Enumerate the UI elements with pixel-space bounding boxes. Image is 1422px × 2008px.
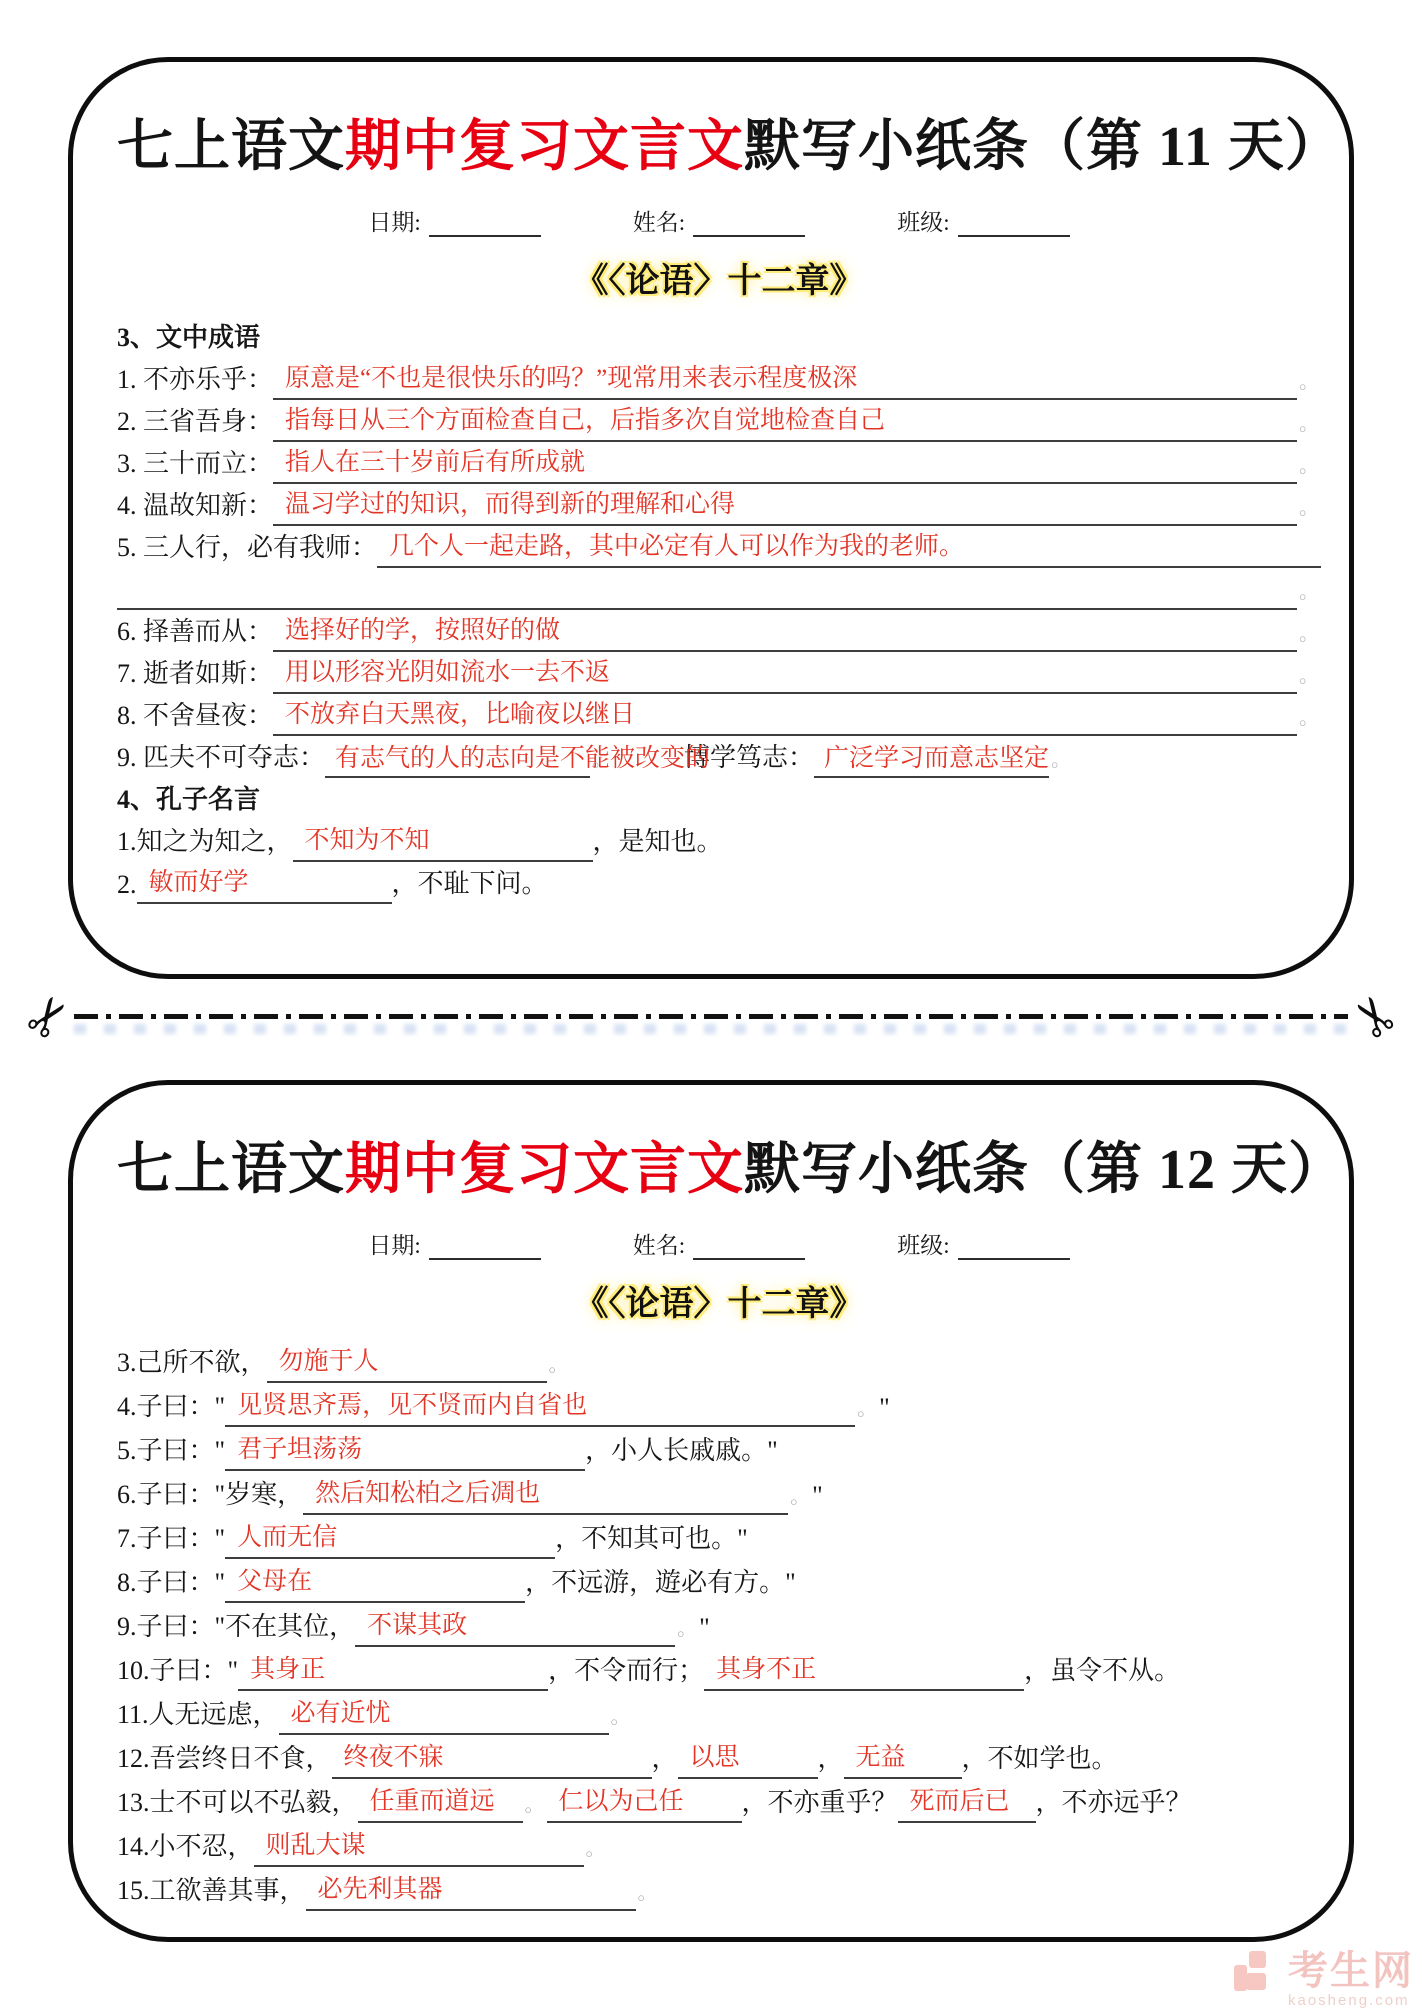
- worksheet-line: 1.知之为知之，不知为不知，是知也。: [117, 820, 1321, 862]
- line-label: 1. 不亦乐乎：: [117, 359, 273, 400]
- title-highlight: 期中复习文言文: [345, 1139, 744, 1201]
- section-label: 4、孔子名言: [117, 779, 260, 820]
- line-label: 5. 三人行，必有我师：: [117, 527, 377, 568]
- worksheet-line: 4. 温故知新：温习学过的知识，而得到新的理解和心得。: [117, 484, 1321, 526]
- period-mark: 。: [592, 750, 612, 770]
- worksheet-line: 4、孔子名言: [117, 778, 1321, 820]
- worksheet-line: 8.子曰："父母在，不远游，遊必有方。": [117, 1559, 1321, 1603]
- answer-text: 其身不正: [704, 1649, 822, 1689]
- name-label: 姓名:: [633, 204, 685, 237]
- watermark-cn: 考生网: [1288, 1951, 1414, 1991]
- answer-blank: 以思: [678, 1735, 818, 1779]
- answer-text: 几个人一起走路，其中必定有人可以作为我的老师。: [377, 526, 970, 566]
- worksheet-line: 3. 三十而立：指人在三十岁前后有所成就。: [117, 442, 1321, 484]
- worksheet-line: 10.子曰："其身正，不令而行；其身不正，虽令不从。: [117, 1647, 1321, 1691]
- answer-text: 父母在: [225, 1561, 318, 1601]
- date-field: 日期:: [368, 1227, 540, 1260]
- period-mark: 。: [1299, 414, 1319, 434]
- period-mark: 。: [586, 1839, 606, 1859]
- title-post: 默写小纸条（第 11 天）: [744, 116, 1342, 178]
- line-label: 6.子曰："岁寒，: [117, 1474, 303, 1515]
- fields-row: 日期: 姓名: 班级:: [117, 204, 1321, 237]
- answer-text: 勿施于人: [267, 1341, 385, 1381]
- worksheet-line: 6.子曰："岁寒，然后知松柏之后凋也。": [117, 1471, 1321, 1515]
- period-mark: 。: [1299, 666, 1319, 686]
- field-underline: [958, 1236, 1070, 1260]
- line-label: 8. 不舍昼夜：: [117, 695, 273, 736]
- line-label: 10.子曰：": [117, 1650, 238, 1691]
- line-label: 4. 温故知新：: [117, 485, 273, 526]
- answer-blank: 父母在: [225, 1559, 525, 1603]
- answer-text: 广泛学习而意志坚定: [824, 738, 1049, 774]
- worksheet-line: 5.子曰："君子坦荡荡，小人长戚戚。": [117, 1427, 1321, 1471]
- answer-blank: 人而无信: [225, 1515, 555, 1559]
- worksheet-line: 3、文中成语: [117, 316, 1321, 358]
- title-post: 默写小纸条（第 12 天）: [744, 1139, 1345, 1201]
- answer-text: 则乱大谋: [254, 1825, 372, 1865]
- period-mark: 。: [1299, 372, 1319, 392]
- answer-blank: 不放弃白天黑夜，比喻夜以继日: [273, 694, 1297, 736]
- period-mark: 。: [677, 1619, 697, 1639]
- answer-blank: 有志气的人的志向是不能被改变的: [325, 736, 590, 778]
- period-mark: 。: [857, 1399, 877, 1419]
- worksheet-page: { "end_mark": "。", "icons": { "scissors"…: [0, 0, 1422, 2008]
- answer-blank: 用以形容光阴如流水一去不返: [273, 652, 1297, 694]
- answer-blank: 其身正: [238, 1647, 548, 1691]
- field-underline: [693, 1236, 805, 1260]
- answer-text: 不放弃白天黑夜，比喻夜以继日: [273, 694, 641, 734]
- title-pre: 七上语文: [117, 116, 345, 178]
- line-label: 2. 三省吾身：: [117, 401, 273, 442]
- line-label: ，小人长戚戚。": [585, 1430, 778, 1471]
- field-underline: [429, 213, 541, 237]
- answer-text: 不谋其政: [355, 1605, 473, 1645]
- title-highlight: 期中复习文言文: [345, 116, 744, 178]
- worksheet-line: 14.小不忍，则乱大谋。: [117, 1823, 1321, 1867]
- line-label: ，不耻下问。: [392, 863, 548, 904]
- worksheet-card-day-12: 七上语文期中复习文言文默写小纸条（第 12 天） 日期: 姓名: 班级: 《〈论…: [68, 1080, 1354, 1942]
- answer-blank: 终夜不寐: [332, 1735, 652, 1779]
- answer-blank: 敏而好学: [137, 862, 392, 904]
- line-label: 4.子曰：": [117, 1386, 225, 1427]
- period-mark: 。: [1051, 750, 1071, 770]
- line-label: 11.人无远虑，: [117, 1694, 279, 1735]
- line-label: ，不远游，遊必有方。": [525, 1562, 796, 1603]
- answer-blank: 见贤思齐焉，见不贤而内自省也: [225, 1383, 855, 1427]
- period-mark: 。: [549, 1355, 569, 1375]
- card-body: 3.己所不欲，勿施于人。4.子曰："见贤思齐焉，见不贤而内自省也。"5.子曰："…: [117, 1339, 1321, 1911]
- line-label: ": [812, 1481, 823, 1515]
- date-label: 日期:: [368, 1227, 420, 1260]
- line-label: 9.子曰："不在其位，: [117, 1606, 355, 1647]
- answer-blank: 指每日从三个方面检查自己，后指多次自觉地检查自己: [273, 400, 1297, 442]
- answer-blank: 死而后已: [898, 1779, 1036, 1823]
- line-label: ，不亦远乎？: [1036, 1782, 1192, 1823]
- answer-text: 原意是“不也是很快乐的吗？”现常用来表示程度极深: [273, 358, 863, 398]
- line-label: ，不亦重乎？: [742, 1782, 898, 1823]
- line-label: 6. 择善而从：: [117, 611, 273, 652]
- worksheet-line: 2. 三省吾身：指每日从三个方面检查自己，后指多次自觉地检查自己。: [117, 400, 1321, 442]
- date-label: 日期:: [368, 204, 420, 237]
- answer-blank: 无益: [844, 1735, 962, 1779]
- line-label: 2.: [117, 870, 137, 904]
- line-label: ，: [818, 1738, 844, 1779]
- class-label: 班级:: [897, 204, 949, 237]
- answer-text: 有志气的人的志向是不能被改变的: [335, 738, 710, 774]
- line-label: 3.己所不欲，: [117, 1342, 267, 1383]
- period-mark: 。: [1299, 582, 1319, 602]
- answer-blank: 几个人一起走路，其中必定有人可以作为我的老师。: [377, 526, 1321, 568]
- kaosheng-logo-icon: [1234, 1951, 1280, 2003]
- answer-blank: 指人在三十岁前后有所成就: [273, 442, 1297, 484]
- answer-text: 然后知松柏之后凋也: [303, 1473, 546, 1513]
- chapter-heading: 《〈论语〉十二章》: [117, 1276, 1321, 1325]
- worksheet-line: 2.敏而好学，不耻下问。: [117, 862, 1321, 904]
- answer-text: 选择好的学，按照好的做: [273, 610, 566, 650]
- line-label: 9. 匹夫不可夺志：: [117, 737, 325, 778]
- answer-text: 温习学过的知识，而得到新的理解和心得: [273, 484, 741, 524]
- answer-blank: 勿施于人: [267, 1339, 547, 1383]
- worksheet-line: 12.吾尝终日不食，终夜不寐，以思，无益，不如学也。: [117, 1735, 1321, 1779]
- field-underline: [958, 213, 1070, 237]
- period-mark: 。: [1299, 624, 1319, 644]
- answer-text: 必有近忧: [279, 1693, 397, 1733]
- period-mark: 。: [1299, 708, 1319, 728]
- cut-divider: ✂ ✂: [28, 986, 1394, 1050]
- line-label: ，不令而行；: [548, 1650, 704, 1691]
- worksheet-line: 。: [117, 568, 1321, 610]
- answer-text: 死而后已: [898, 1781, 1016, 1821]
- answer-text: 指每日从三个方面检查自己，后指多次自觉地检查自己: [273, 400, 891, 440]
- line-label: 8.子曰：": [117, 1562, 225, 1603]
- answer-blank: 不谋其政: [355, 1603, 675, 1647]
- answer-text: 无益: [844, 1737, 912, 1777]
- dash-dot-line: [74, 1014, 1349, 1019]
- answer-text: 见贤思齐焉，见不贤而内自省也: [225, 1385, 593, 1425]
- answer-blank: 其身不正: [704, 1647, 1024, 1691]
- answer-text: 其身正: [238, 1649, 331, 1689]
- line-label: ，不如学也。: [962, 1738, 1118, 1779]
- line-label: 15.工欲善其事，: [117, 1870, 306, 1911]
- line-label: 5.子曰：": [117, 1430, 225, 1471]
- period-mark: 。: [525, 1795, 545, 1815]
- answer-text: 敏而好学: [137, 862, 255, 902]
- watermark-text: 考生网 kaosheng.com: [1288, 1951, 1414, 2008]
- line-label: 1.知之为知之，: [117, 821, 293, 862]
- field-underline: [693, 213, 805, 237]
- answer-text: 以思: [678, 1737, 746, 1777]
- answer-blank: 不知为不知: [293, 820, 593, 862]
- line-label: 12.吾尝终日不食，: [117, 1738, 332, 1779]
- line-label: ": [879, 1393, 890, 1427]
- class-field: 班级:: [897, 1227, 1069, 1260]
- worksheet-line: 3.己所不欲，勿施于人。: [117, 1339, 1321, 1383]
- line-label: 13.士不可以不弘毅，: [117, 1782, 358, 1823]
- answer-text: 人而无信: [225, 1517, 343, 1557]
- period-mark: 。: [638, 1883, 658, 1903]
- worksheet-line: 9.子曰："不在其位，不谋其政。": [117, 1603, 1321, 1647]
- answer-text: 君子坦荡荡: [225, 1429, 368, 1469]
- period-mark: 。: [790, 1487, 810, 1507]
- worksheet-line: 6. 择善而从：选择好的学，按照好的做。: [117, 610, 1321, 652]
- answer-blank: 必有近忧: [279, 1691, 609, 1735]
- answer-blank: 原意是“不也是很快乐的吗？”现常用来表示程度极深: [273, 358, 1297, 400]
- period-mark: 。: [1299, 456, 1319, 476]
- name-label: 姓名:: [633, 1227, 685, 1260]
- worksheet-line: 11.人无远虑，必有近忧。: [117, 1691, 1321, 1735]
- line-label: 7.子曰：": [117, 1518, 225, 1559]
- chapter-heading: 《〈论语〉十二章》: [117, 253, 1321, 302]
- line-label: ，虽令不从。: [1024, 1650, 1180, 1691]
- card-title: 七上语文期中复习文言文默写小纸条（第 12 天）: [117, 1125, 1321, 1205]
- answer-text: 任重而道远: [358, 1781, 501, 1821]
- line-label: ": [699, 1613, 710, 1647]
- blue-dot-trail: [74, 1024, 1349, 1034]
- line-label: 7. 逝者如斯：: [117, 653, 273, 694]
- answer-text: [117, 604, 135, 608]
- answer-blank: [117, 568, 1297, 610]
- worksheet-line: 8. 不舍昼夜：不放弃白天黑夜，比喻夜以继日。: [117, 694, 1321, 736]
- line-label: 14.小不忍，: [117, 1826, 254, 1867]
- card-title: 七上语文期中复习文言文默写小纸条（第 11 天）: [117, 102, 1321, 182]
- answer-text: 必先利其器: [306, 1869, 449, 1909]
- line-label: ，不知其可也。": [555, 1518, 748, 1559]
- class-field: 班级:: [897, 204, 1069, 237]
- worksheet-line: 13.士不可以不弘毅，任重而道远。仁以为己任，不亦重乎？死而后已，不亦远乎？: [117, 1779, 1321, 1823]
- line-label: ，: [652, 1738, 678, 1779]
- answer-blank: 任重而道远: [358, 1779, 523, 1823]
- answer-text: 用以形容光阴如流水一去不返: [273, 652, 616, 692]
- watermark-en: kaosheng.com: [1288, 1993, 1414, 2008]
- answer-blank: 仁以为己任: [547, 1779, 742, 1823]
- title-pre: 七上语文: [117, 1139, 345, 1201]
- answer-blank: 广泛学习而意志坚定: [814, 736, 1049, 778]
- worksheet-line: 1. 不亦乐乎：原意是“不也是很快乐的吗？”现常用来表示程度极深。: [117, 358, 1321, 400]
- period-mark: 。: [1299, 498, 1319, 518]
- worksheet-line: 15.工欲善其事，必先利其器。: [117, 1867, 1321, 1911]
- line-label: ，是知也。: [593, 821, 723, 862]
- fields-row: 日期: 姓名: 班级:: [117, 1227, 1321, 1260]
- worksheet-line: 9. 匹夫不可夺志：有志气的人的志向是不能被改变的。博学笃志：广泛学习而意志坚定…: [117, 736, 1321, 778]
- period-mark: 。: [611, 1707, 631, 1727]
- card-body: 3、文中成语1. 不亦乐乎：原意是“不也是很快乐的吗？”现常用来表示程度极深。2…: [117, 316, 1321, 904]
- worksheet-card-day-11: 七上语文期中复习文言文默写小纸条（第 11 天） 日期: 姓名: 班级: 《〈论…: [68, 57, 1354, 979]
- section-label: 3、文中成语: [117, 317, 260, 358]
- answer-text: 终夜不寐: [332, 1737, 450, 1777]
- worksheet-line: 4.子曰："见贤思齐焉，见不贤而内自省也。": [117, 1383, 1321, 1427]
- answer-text: 仁以为己任: [547, 1781, 690, 1821]
- answer-blank: 选择好的学，按照好的做: [273, 610, 1297, 652]
- answer-blank: 然后知松柏之后凋也: [303, 1471, 788, 1515]
- worksheet-line: 5. 三人行，必有我师：几个人一起走路，其中必定有人可以作为我的老师。: [117, 526, 1321, 568]
- class-label: 班级:: [897, 1227, 949, 1260]
- date-field: 日期:: [368, 204, 540, 237]
- answer-blank: 必先利其器: [306, 1867, 636, 1911]
- scissors-icon: ✂: [1338, 985, 1406, 1051]
- answer-blank: 则乱大谋: [254, 1823, 584, 1867]
- worksheet-line: 7. 逝者如斯：用以形容光阴如流水一去不返。: [117, 652, 1321, 694]
- name-field: 姓名:: [633, 1227, 805, 1260]
- answer-blank: 君子坦荡荡: [225, 1427, 585, 1471]
- answer-text: 指人在三十岁前后有所成就: [273, 442, 591, 482]
- field-underline: [429, 1236, 541, 1260]
- answer-text: 不知为不知: [293, 820, 436, 860]
- worksheet-line: 7.子曰："人而无信，不知其可也。": [117, 1515, 1321, 1559]
- answer-blank: 温习学过的知识，而得到新的理解和心得: [273, 484, 1297, 526]
- kaosheng-watermark: 考生网 kaosheng.com: [1234, 1951, 1414, 2008]
- name-field: 姓名:: [633, 204, 805, 237]
- cut-dash-line: [74, 1008, 1349, 1028]
- line-label: 3. 三十而立：: [117, 443, 273, 484]
